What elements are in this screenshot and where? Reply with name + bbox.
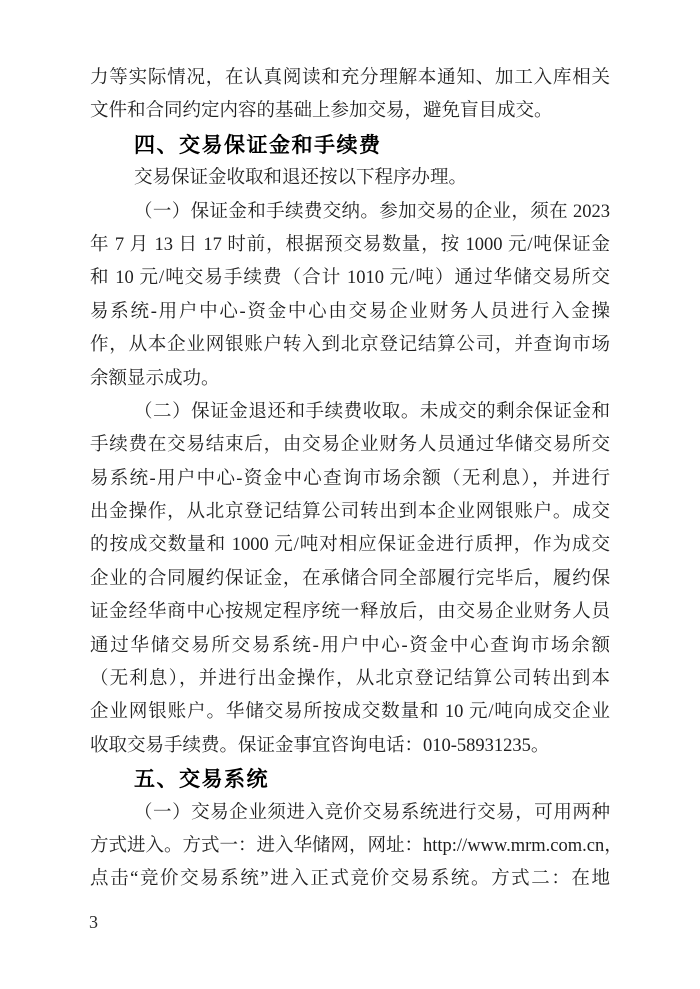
- page-number: 3: [89, 910, 98, 934]
- section-heading: 四、交易保证金和手续费: [90, 129, 610, 162]
- text-line: （一）交易企业须进入竞价交易系统进行交易，可用两种: [90, 797, 610, 830]
- text-line: 和 10 元/吨交易手续费（合计 1010 元/吨）通过华储交易所交: [90, 262, 610, 295]
- text-line: 企业的合同履约保证金，在承储合同全部履行完毕后，履约保: [90, 563, 610, 596]
- text-line: 企业网银账户。华储交易所按成交数量和 10 元/吨向成交企业: [90, 696, 610, 729]
- text-line: （无利息），并进行出金操作，从北京登记结算公司转出到本: [90, 663, 610, 696]
- text-line: 易系统-用户中心-资金中心查询市场余额（无利息），并进行: [90, 463, 610, 496]
- section-heading: 五、交易系统: [90, 763, 610, 796]
- text-line: 出金操作，从北京登记结算公司转出到本企业网银账户。成交: [90, 496, 610, 529]
- document-body: 力等实际情况，在认真阅读和充分理解本通知、加工入库相关文件和合同约定内容的基础上…: [90, 62, 610, 897]
- text-line: 收取交易手续费。保证金事宜咨询电话：010-58931235。: [90, 730, 610, 763]
- text-line: （二）保证金退还和手续费收取。未成交的剩余保证金和: [90, 396, 610, 429]
- text-line: 的按成交数量和 1000 元/吨对相应保证金进行质押，作为成交: [90, 529, 610, 562]
- text-line: 点击“竞价交易系统”进入正式竞价交易系统。方式二：在地: [90, 863, 610, 896]
- text-line: 易系统-用户中心-资金中心由交易企业财务人员进行入金操: [90, 296, 610, 329]
- text-line: 方式进入。方式一：进入华储网，网址：http://www.mrm.com.cn，: [90, 830, 610, 863]
- text-line: 交易保证金收取和退还按以下程序办理。: [90, 162, 610, 195]
- text-line: 证金经华商中心按规定程序统一释放后，由交易企业财务人员: [90, 596, 610, 629]
- text-line: 文件和合同约定内容的基础上参加交易，避免盲目成交。: [90, 95, 610, 128]
- text-line: 余额显示成功。: [90, 363, 610, 396]
- document-page: 力等实际情况，在认真阅读和充分理解本通知、加工入库相关文件和合同约定内容的基础上…: [0, 0, 700, 989]
- text-line: 通过华储交易所交易系统-用户中心-资金中心查询市场余额: [90, 630, 610, 663]
- text-line: 年 7 月 13 日 17 时前，根据预交易数量，按 1000 元/吨保证金: [90, 229, 610, 262]
- text-line: 作，从本企业网银账户转入到北京登记结算公司，并查询市场: [90, 329, 610, 362]
- text-line: （一）保证金和手续费交纳。参加交易的企业，须在 2023: [90, 196, 610, 229]
- text-line: 力等实际情况，在认真阅读和充分理解本通知、加工入库相关: [90, 62, 610, 95]
- text-line: 手续费在交易结束后，由交易企业财务人员通过华储交易所交: [90, 429, 610, 462]
